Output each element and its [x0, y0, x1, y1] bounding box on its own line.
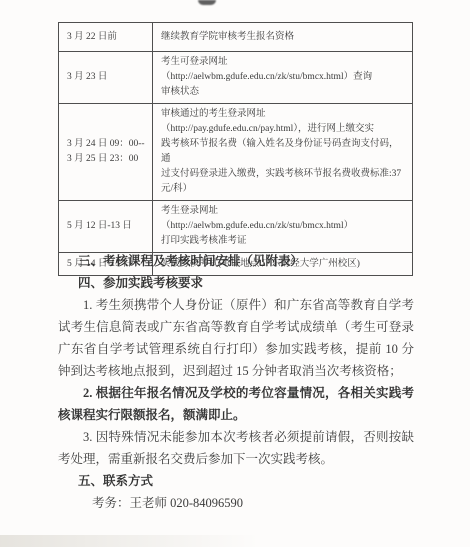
requirement-item-3: 3. 因特殊情况未能参加本次考核者必须提前请假，否则按缺考处理，需重新报名交费后…: [58, 426, 414, 470]
content-cell: 考生登录网址 （http://aelwbm.gdufe.edu.cn/zk/st…: [153, 201, 413, 253]
scanned-document-page: 3 月 22 日前 继续教育学院审核考生报名资格 3 月 23 日 考生可登录网…: [0, 0, 470, 547]
scan-edge-shading: [0, 535, 470, 547]
scan-artifact: [198, 0, 216, 5]
date-cell: 3 月 24 日 09：00-- 3 月 25 日 23：00: [59, 104, 153, 201]
table-row: 5 月 12 日-13 日 考生登录网址 （http://aelwbm.gduf…: [59, 201, 413, 253]
heading-contact-info: 五、联系方式: [58, 470, 414, 492]
table-row: 3 月 23 日 考生可登录网址 （http://aelwbm.gdufe.ed…: [59, 52, 413, 104]
date-cell: 5 月 12 日-13 日: [59, 201, 153, 253]
content-cell: 继续教育学院审核考生报名资格: [153, 23, 413, 52]
heading-assessment-requirements: 四、参加实践考核要求: [58, 272, 414, 294]
content-cell: 审核通过的考生登录网址 （http://pay.gdufe.edu.cn/pay…: [153, 104, 413, 201]
requirement-item-1: 1. 考生须携带个人身份证（原件）和广东省高等教育自学考试考生信息简表或广东省高…: [58, 294, 414, 382]
table-row: 3 月 24 日 09：00-- 3 月 25 日 23：00 审核通过的考生登…: [59, 104, 413, 201]
document-body: 三、考核课程及考核时间安排（见附表） 四、参加实践考核要求 1. 考生须携带个人…: [58, 250, 414, 514]
requirement-item-2: 2. 根据往年报名情况及学校的考位容量情况，各相关实践考核课程实行限额报名，额满…: [58, 382, 414, 426]
date-cell: 3 月 22 日前: [59, 23, 153, 52]
heading-courses-schedule: 三、考核课程及考核时间安排（见附表）: [58, 250, 414, 272]
content-cell: 考生可登录网址 （http://aelwbm.gdufe.edu.cn/zk/s…: [153, 52, 413, 104]
schedule-table: 3 月 22 日前 继续教育学院审核考生报名资格 3 月 23 日 考生可登录网…: [58, 22, 413, 276]
table-row: 3 月 22 日前 继续教育学院审核考生报名资格: [59, 23, 413, 52]
contact-phone-line: 考务：王老师 020-84096590: [58, 492, 414, 514]
date-cell: 3 月 23 日: [59, 52, 153, 104]
